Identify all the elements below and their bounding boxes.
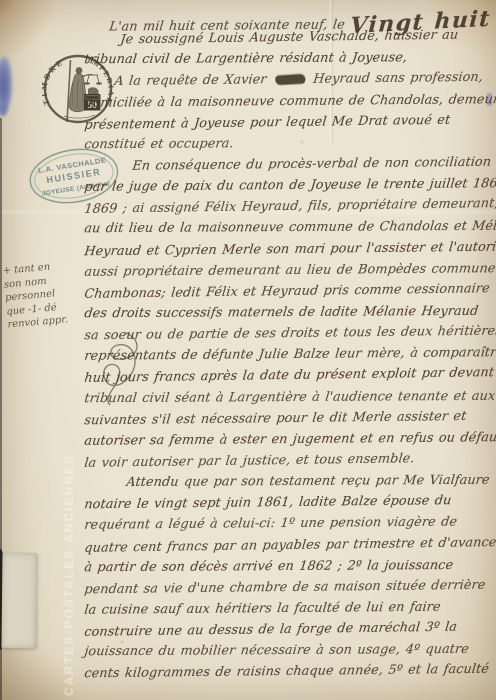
manuscript-text: A la requête de Xavier: [114, 73, 273, 90]
manuscript-text: tribunal civil de Largentière résidant à…: [83, 51, 407, 68]
watermark-text: CARTES-POSTALES-ANCIENNES: [62, 378, 76, 696]
manuscript-text: Je soussigné Louis Auguste Vaschalde, hu…: [120, 28, 459, 48]
stamp-text-timbre: TIMBRE: [42, 57, 66, 106]
manuscript-line: cents kilogrammes de raisins chaque anné…: [83, 662, 491, 688]
manuscript-text: au dit lieu de la maisonneuve commune de…: [83, 219, 496, 237]
manuscript-text: domiciliée à la maisonneuve commune de C…: [84, 92, 496, 111]
margin-note: + tant enson nompersonnelque -1- dérenvo…: [2, 257, 92, 332]
manuscript-text: Attendu que par son testament reçu par M…: [125, 473, 490, 490]
manuscript-text: requérant a légué à celui-ci: 1º une pen…: [84, 515, 458, 533]
svg-text:TIMBRE: TIMBRE: [42, 57, 66, 106]
repair-tape: [2, 553, 37, 648]
manuscript-text: par le juge de paix du canton de Joyeuse…: [84, 176, 496, 195]
manuscript-text: des droits successifs maternels de ladit…: [83, 304, 479, 321]
manuscript-text: aussi propriétaire demeurant au lieu de …: [84, 261, 496, 280]
struck-out-word: [275, 74, 306, 85]
document-page: TIMBRE IMPERIAL 50: [0, 0, 496, 700]
blue-ink-smudge-small: [0, 104, 7, 116]
manuscript-text: Heyraud sans profession,: [307, 70, 484, 87]
manuscript-text: cents kilogrammes de raisins chaque anné…: [84, 662, 490, 682]
manuscript-text: jouissance du mobilier nécessaire à son …: [83, 642, 469, 659]
manuscript-text: notaire le vingt sept juin 1861, ladite …: [84, 493, 453, 512]
paraph-flourish-icon: [88, 330, 158, 408]
manuscript-text: à partir de son décès arrivé en 1862 ; 2…: [83, 558, 454, 575]
manuscript-text: autoriser sa femme à ester en jugement e…: [84, 430, 496, 449]
manuscript-line: au dit lieu de la maisonneuve commune de…: [83, 219, 491, 243]
manuscript-text: la cuisine sauf aux héritiers la faculté…: [84, 600, 442, 618]
manuscript-text: constitué et occupera.: [83, 136, 234, 152]
